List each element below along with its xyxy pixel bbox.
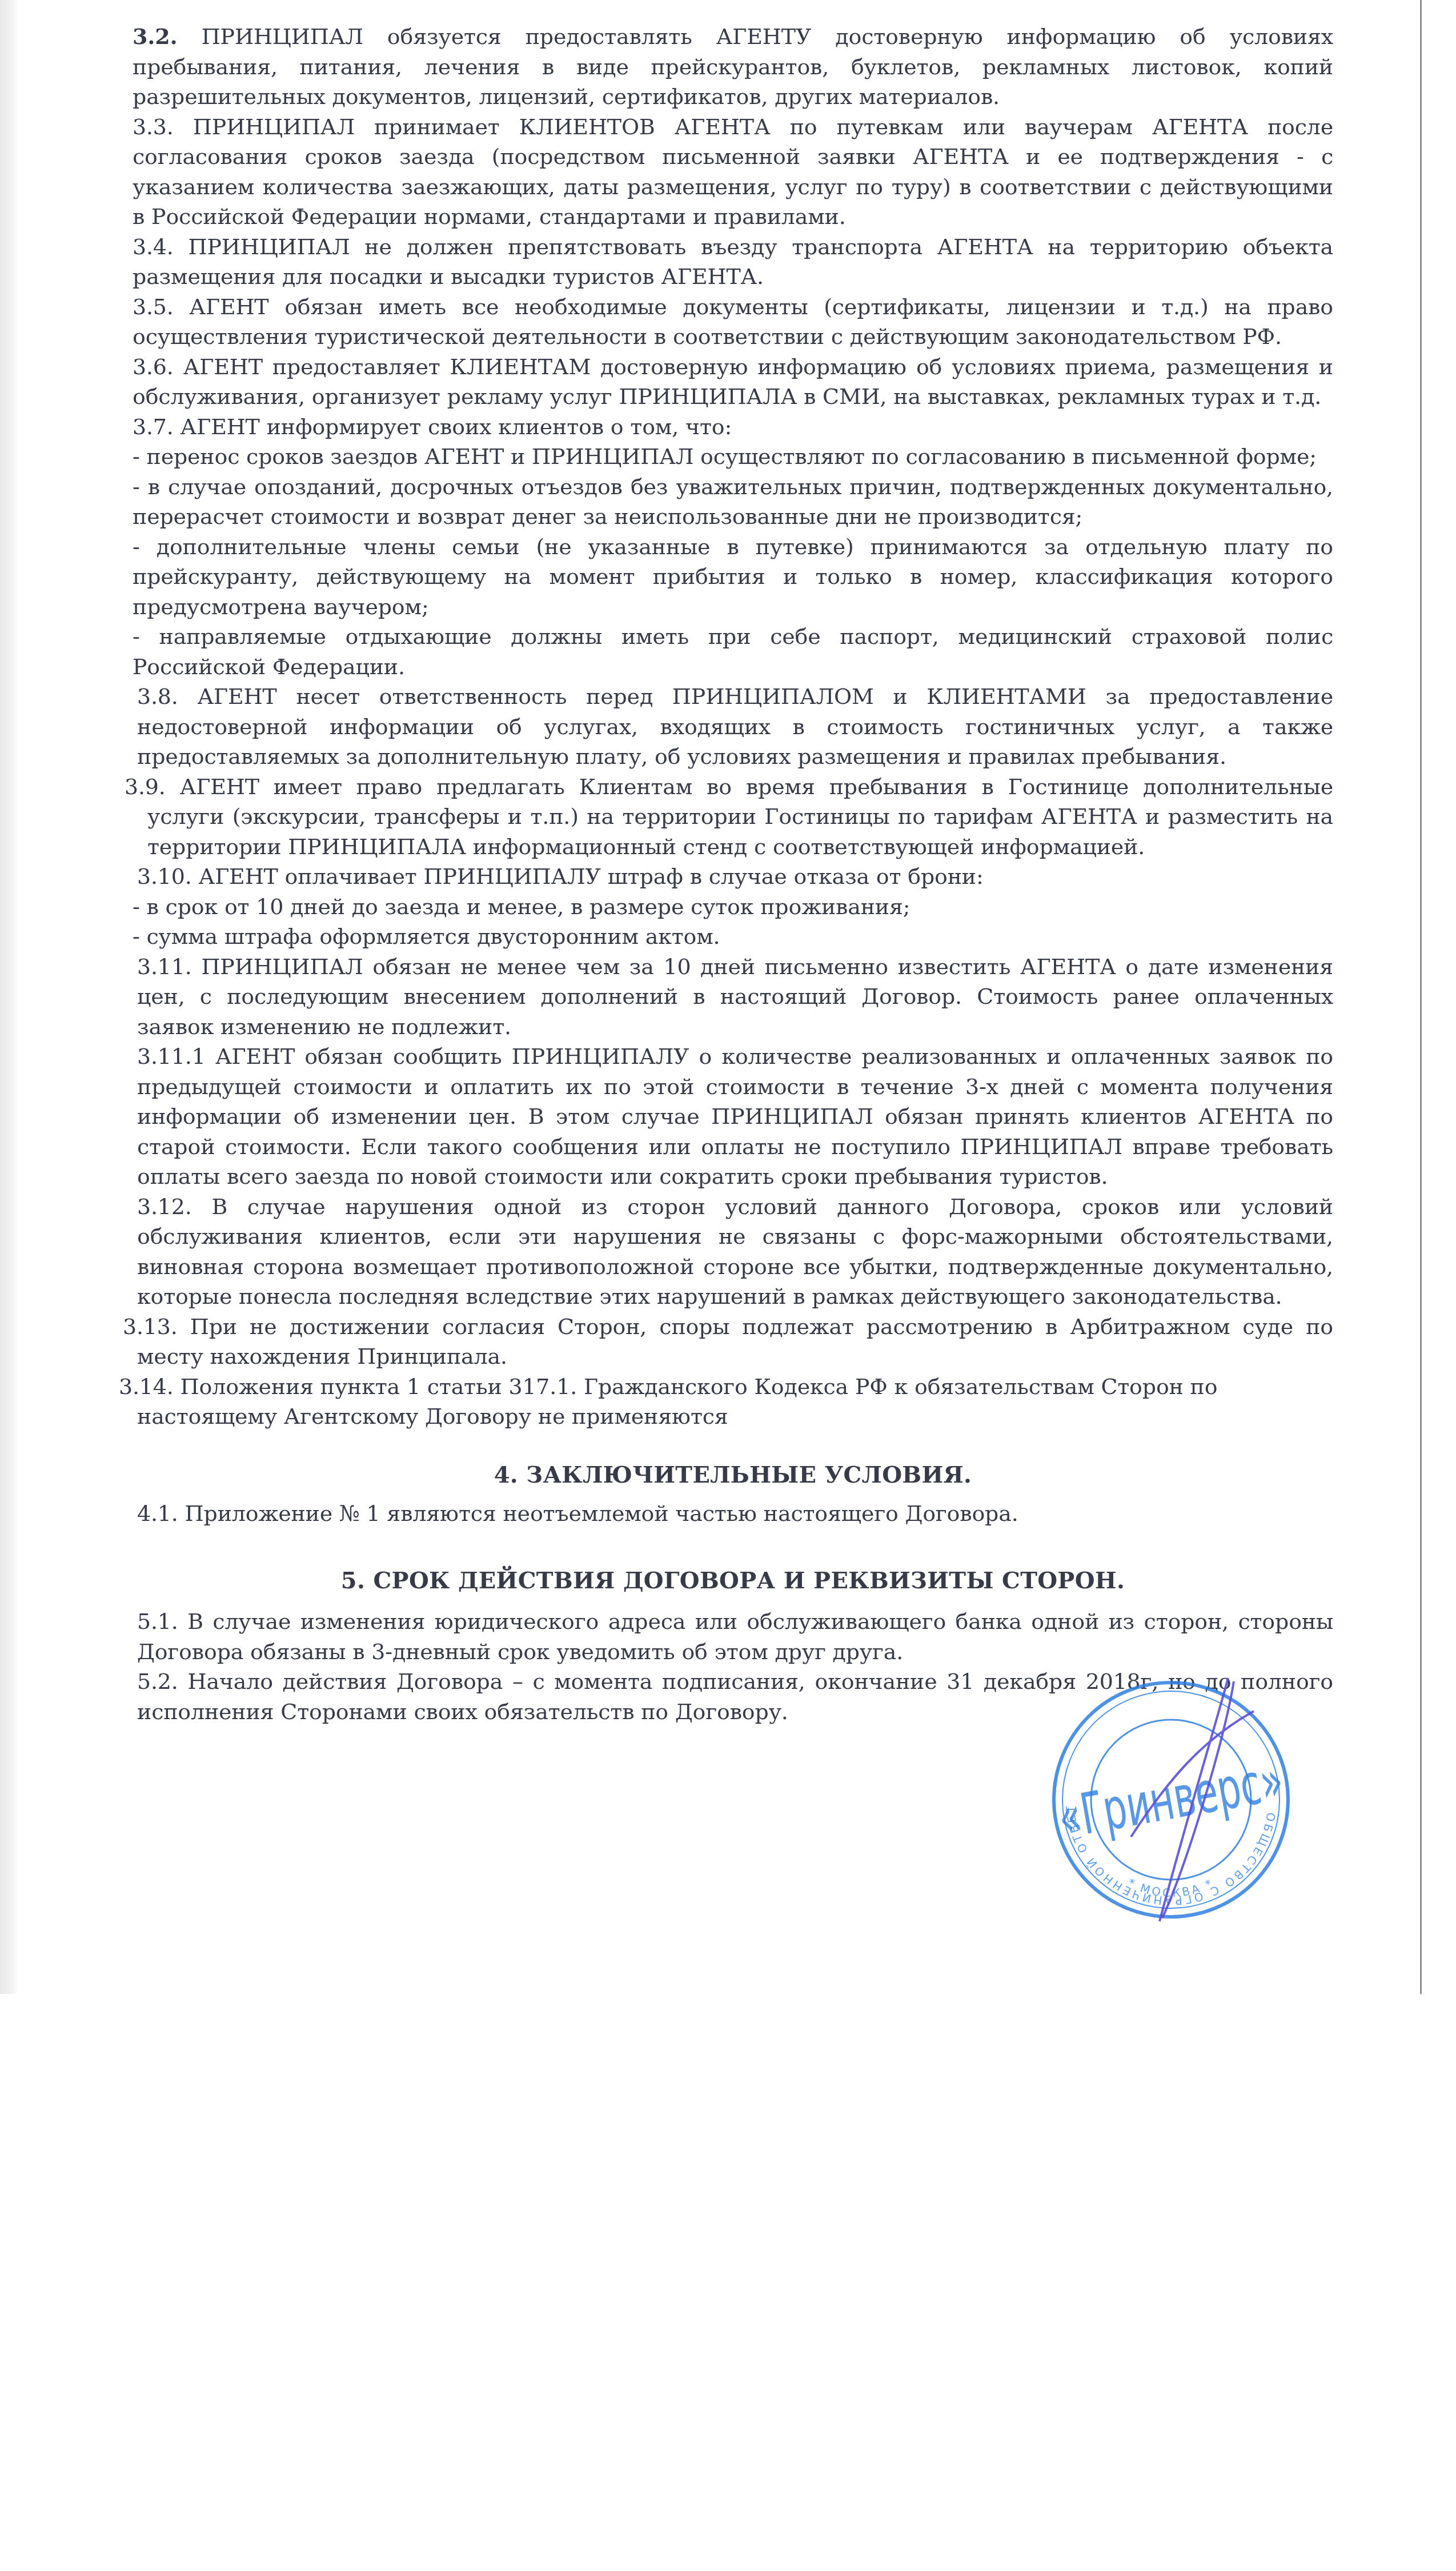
section-5-heading: 5. СРОК ДЕЙСТВИЯ ДОГОВОРА И РЕКВИЗИТЫ СТ… (133, 1567, 1333, 1594)
clause-4-1: 4.1. Приложение № 1 являются неотъемлемо… (137, 1499, 1333, 1529)
clause-3-6: 3.6. АГЕНТ предоставляет КЛИЕНТАМ достов… (133, 352, 1333, 412)
clause-text: Приложение № 1 являются неотъемлемой час… (178, 1501, 1018, 1526)
clause-3-4: 3.4. ПРИНЦИПАЛ не должен препятствовать … (133, 232, 1333, 292)
company-seal-stamp: ОБЩЕСТВО С ОГРАНИЧЕННОЙ ОТВЕТСТВЕННОСТЬЮ… (1037, 1665, 1305, 1934)
clause-number: 3.2. (133, 23, 178, 49)
contract-page: 3.2. ПРИНЦИПАЛ обязуется предоставлять А… (133, 22, 1333, 1727)
clause-3-7-bullet-2: - в случае опозданий, досрочных отъездов… (133, 472, 1333, 532)
clause-number: 3.8. (137, 684, 178, 709)
clause-number: 3.6. (133, 354, 174, 379)
clause-3-10-bullet-2: - сумма штрафа оформляется двусторонним … (133, 922, 1333, 952)
bullet-text: - в срок от 10 дней до заезда и менее, в… (133, 894, 910, 919)
clause-number: 3.4. (133, 234, 174, 259)
clause-number: 3.3. (133, 114, 174, 139)
blank-area-below-page (0, 1994, 1456, 2571)
page-right-border (1420, 0, 1422, 1994)
bullet-text: - дополнительные члены семьи (не указанн… (133, 534, 1333, 619)
clause-number: 3.11.1 (137, 1044, 206, 1069)
bullet-text: - направляемые отдыхающие должны иметь п… (133, 624, 1333, 679)
clause-number: 3.11. (137, 954, 192, 979)
bullet-text: - сумма штрафа оформляется двусторонним … (133, 924, 720, 949)
clause-number: 3.13. (123, 1314, 178, 1339)
clause-number: 3.9. (125, 774, 166, 799)
clause-3-13: 3.13. При не достижении согласия Сторон,… (123, 1312, 1333, 1372)
clause-text: В случае нарушения одной из сторон услов… (137, 1194, 1333, 1309)
clause-3-2: 3.2. ПРИНЦИПАЛ обязуется предоставлять А… (133, 22, 1333, 112)
clause-number: 5.1. (137, 1609, 178, 1634)
clause-number: 3.7. (133, 414, 174, 439)
clause-3-8: 3.8. АГЕНТ несет ответственность перед П… (137, 682, 1333, 772)
clause-3-7-bullet-1: - перенос сроков заездов АГЕНТ и ПРИНЦИП… (133, 442, 1333, 472)
clause-text: АГЕНТ имеет право предлагать Клиентам во… (147, 774, 1333, 859)
clause-text: ПРИНЦИПАЛ обязан не менее чем за 10 дней… (137, 954, 1333, 1039)
clause-text: АГЕНТ обязан иметь все необходимые докум… (133, 294, 1333, 350)
clause-text: ПРИНЦИПАЛ обязуется предоставлять АГЕНТУ… (133, 24, 1333, 109)
clause-3-5: 3.5. АГЕНТ обязан иметь все необходимые … (133, 292, 1333, 352)
clause-3-11-1: 3.11.1 АГЕНТ обязан сообщить ПРИНЦИПАЛУ … (137, 1042, 1333, 1192)
clause-3-9: 3.9. АГЕНТ имеет право предлагать Клиент… (125, 772, 1333, 862)
clause-number: 3.10. (137, 864, 192, 889)
clause-text: ПРИНЦИПАЛ не должен препятствовать въезд… (133, 234, 1333, 290)
clause-text: Положения пункта 1 статьи 317.1. Граждан… (137, 1374, 1217, 1429)
svg-text:«Гринверс»: «Гринверс» (1053, 1747, 1288, 1851)
clause-text: АГЕНТ обязан сообщить ПРИНЦИПАЛУ о колич… (137, 1044, 1333, 1189)
clause-3-7-bullet-3: - дополнительные члены семьи (не указанн… (133, 532, 1333, 622)
clause-3-3: 3.3. ПРИНЦИПАЛ принимает КЛИЕНТОВ АГЕНТА… (133, 112, 1333, 232)
clause-text: АГЕНТ предоставляет КЛИЕНТАМ достоверную… (133, 354, 1333, 410)
clause-5-1: 5.1. В случае изменения юридического адр… (137, 1607, 1333, 1667)
clause-3-12: 3.12. В случае нарушения одной из сторон… (137, 1192, 1333, 1312)
clause-number: 4.1. (137, 1501, 178, 1526)
clause-3-10: 3.10. АГЕНТ оплачивает ПРИНЦИПАЛУ штраф … (137, 862, 1333, 892)
bullet-text: - в случае опозданий, досрочных отъездов… (133, 474, 1333, 530)
bullet-text: - перенос сроков заездов АГЕНТ и ПРИНЦИП… (133, 444, 1317, 469)
clause-text: При не достижении согласия Сторон, споры… (137, 1314, 1333, 1369)
clause-3-7-bullet-4: - направляемые отдыхающие должны иметь п… (133, 622, 1333, 682)
clause-text: АГЕНТ информирует своих клиентов о том, … (174, 414, 732, 439)
clause-number: 3.5. (133, 294, 174, 319)
clause-text: В случае изменения юридического адреса и… (137, 1609, 1333, 1664)
clause-number: 3.12. (137, 1194, 192, 1219)
clause-3-10-bullet-1: - в срок от 10 дней до заезда и менее, в… (133, 892, 1333, 922)
section-4-heading: 4. ЗАКЛЮЧИТЕЛЬНЫЕ УСЛОВИЯ. (133, 1461, 1333, 1488)
clause-number: 3.14. (119, 1374, 174, 1399)
clause-number: 5.2. (137, 1669, 178, 1694)
clause-text: ПРИНЦИПАЛ принимает КЛИЕНТОВ АГЕНТА по п… (133, 114, 1333, 230)
clause-text: АГЕНТ оплачивает ПРИНЦИПАЛУ штраф в случ… (192, 864, 984, 889)
clause-text: АГЕНТ несет ответственность перед ПРИНЦИ… (137, 684, 1333, 769)
seal-icon: ОБЩЕСТВО С ОГРАНИЧЕННОЙ ОТВЕТСТВЕННОСТЬЮ… (1037, 1665, 1305, 1934)
clause-3-11: 3.11. ПРИНЦИПАЛ обязан не менее чем за 1… (137, 952, 1333, 1042)
scan-edge-strip (0, 0, 17, 1994)
clause-3-14: 3.14. Положения пункта 1 статьи 317.1. Г… (119, 1372, 1333, 1432)
clause-3-7: 3.7. АГЕНТ информирует своих клиентов о … (133, 412, 1333, 442)
